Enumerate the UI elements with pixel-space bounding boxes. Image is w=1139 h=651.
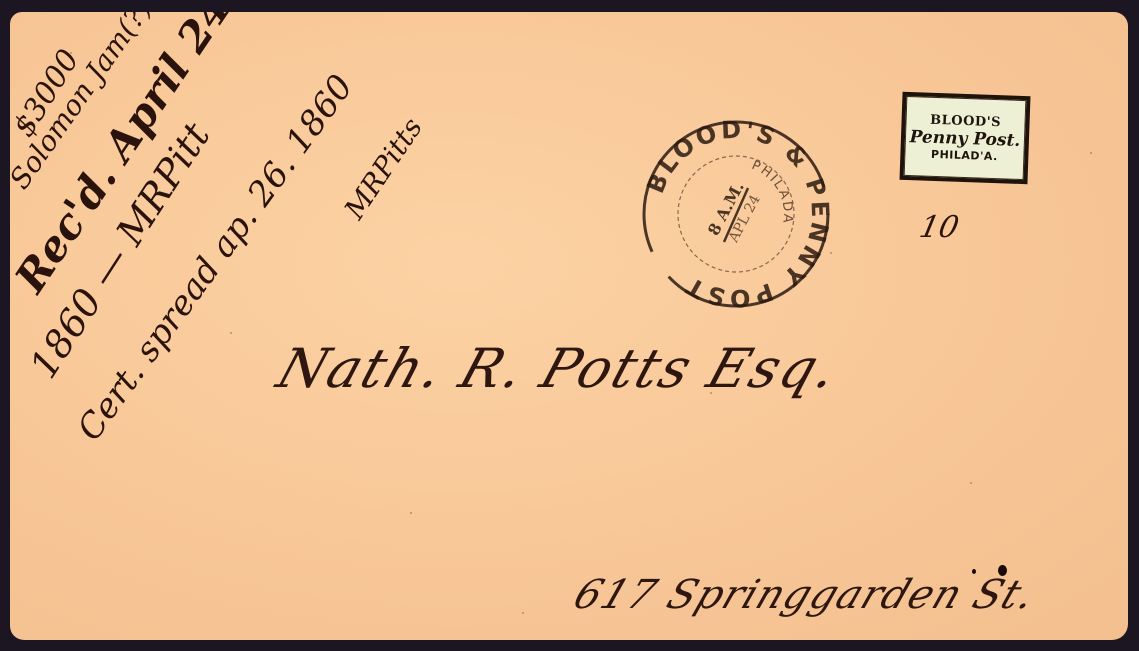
postmark: BLOOD'S & PENNY POST PHILADA 8 A.M. APL … [638, 116, 834, 312]
rate-marking: 10 [916, 210, 962, 245]
ink-blot [998, 565, 1007, 576]
street-address: 617 Springgarden St. [568, 572, 1043, 618]
paper-speck [410, 512, 412, 514]
paper-speck [230, 332, 232, 334]
stamp-face: BLOOD'S Penny Post. PHILAD'A. [904, 96, 1027, 180]
paper-speck [1090, 152, 1092, 154]
addressee-name: Nath. R. Potts Esq. [270, 337, 848, 400]
docket-note-signature: MRPitts [338, 112, 429, 225]
svg-text:PHILADA: PHILADA [749, 158, 795, 225]
postage-stamp: BLOOD'S Penny Post. PHILAD'A. [900, 92, 1031, 184]
ink-blot [972, 569, 976, 574]
stamp-line-title: Penny Post. [909, 127, 1020, 151]
envelope: $3000 Solomon Jam(?) lens. Rec'd. April … [10, 12, 1128, 640]
paper-speck [522, 612, 524, 614]
postmark-inner-text: PHILADA [749, 158, 795, 225]
paper-speck [970, 482, 972, 484]
stamp-line-city: PHILAD'A. [931, 148, 998, 163]
